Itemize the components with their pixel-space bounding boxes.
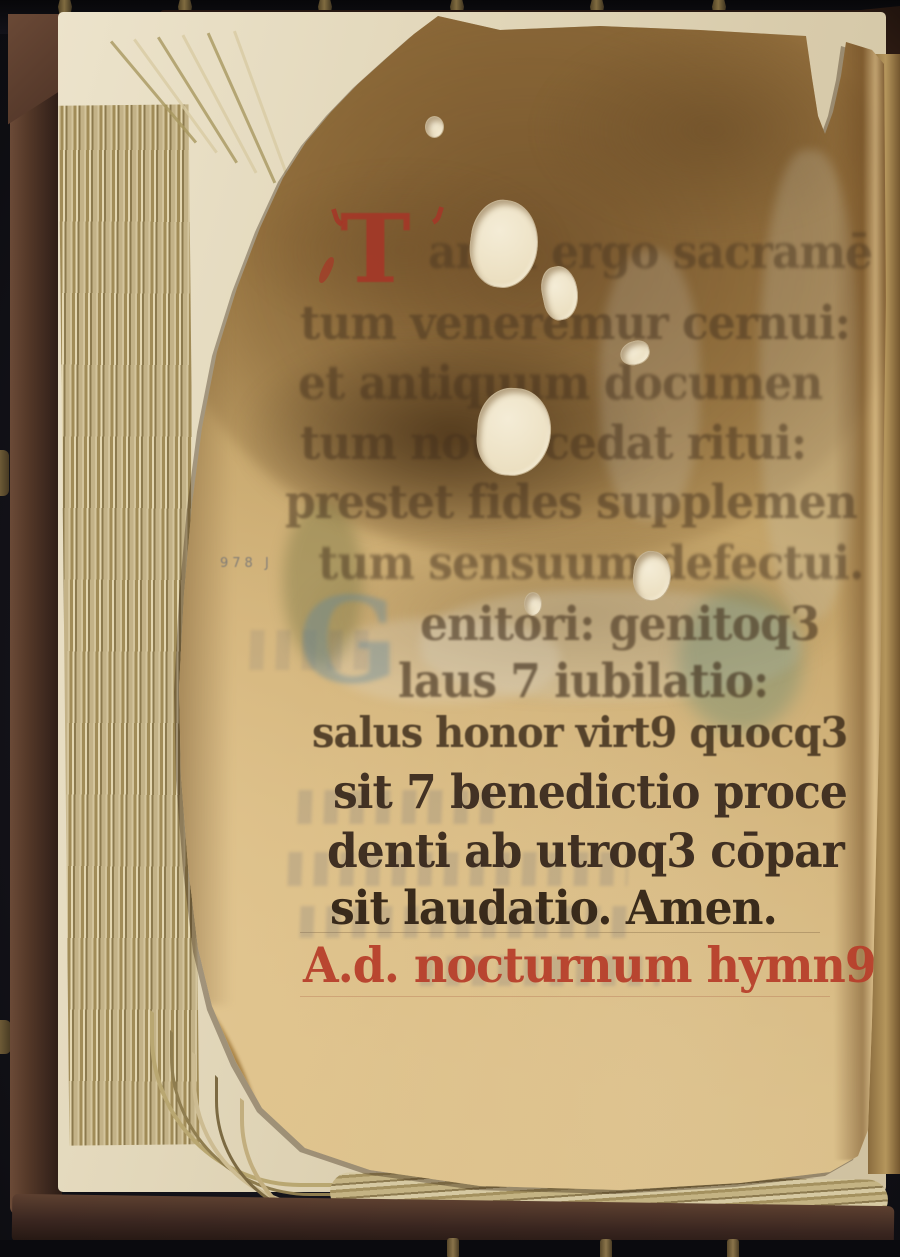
cradle-pin — [447, 1238, 459, 1257]
manuscript-line-9: salus honor virt9 quocq3 — [312, 709, 847, 758]
manuscript-line-11: denti ab utroq3 cōpar — [327, 825, 844, 879]
manuscript-line-7: enitori: genitoq3 — [420, 598, 819, 652]
manuscript-line-6: tum sensuum defectui. — [318, 537, 863, 591]
manuscript-line-12: sit laudatio. Amen. — [330, 882, 777, 936]
manuscript-photo: T G antū ergo sacramē tum veneremur cern… — [0, 0, 900, 1257]
cradle-pin — [727, 1239, 739, 1257]
cradle-pin — [600, 1239, 612, 1257]
leather-board-left — [10, 30, 62, 1215]
parchment-hole — [425, 116, 444, 138]
manuscript-line-5: prestet fides supplemen — [285, 476, 857, 530]
manuscript-line-4: tum nouo cedat ritui: — [300, 417, 806, 471]
manuscript-line-3: et antiquum documen — [298, 357, 822, 411]
manuscript-line-10: sit 7 benedictio proce — [333, 766, 847, 820]
pencil-margin-mark: 978 J — [220, 556, 273, 571]
rubric-line: A.d. nocturnum hymn9. — [303, 937, 891, 993]
parchment-hole — [524, 592, 542, 616]
ruling-line — [300, 996, 830, 997]
manuscript-line-8: laus 7 iubilatio: — [398, 655, 768, 709]
versal-initial-blue-G: G — [298, 582, 399, 700]
cradle-fitting — [0, 450, 9, 496]
